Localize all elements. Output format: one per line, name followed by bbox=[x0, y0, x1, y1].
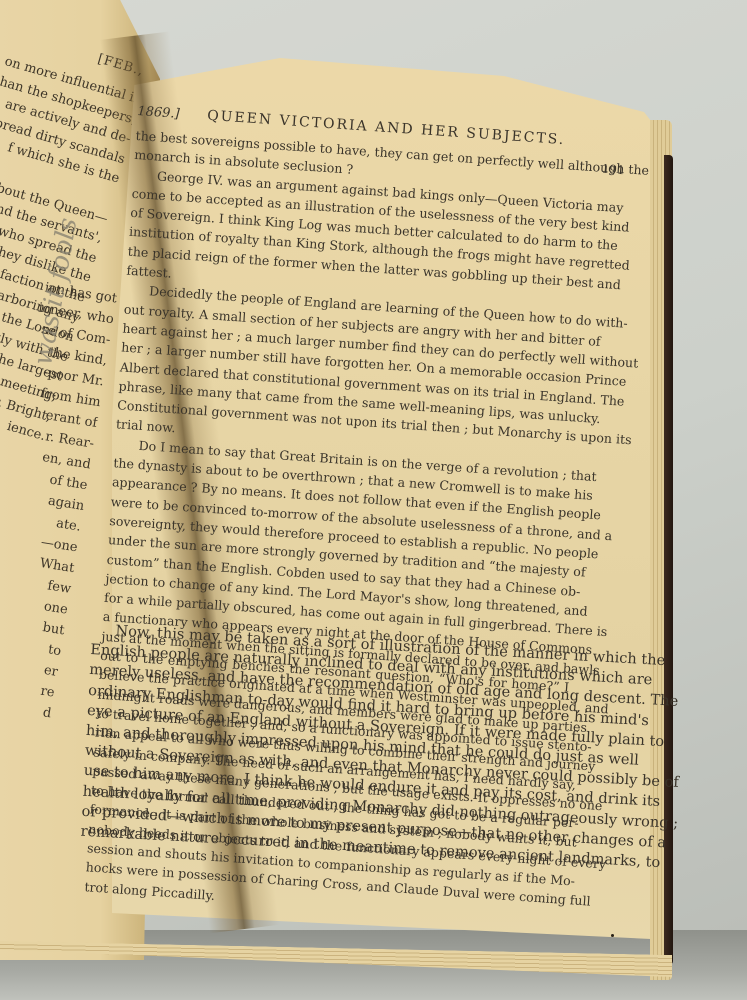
header-year: 1869.] bbox=[137, 102, 181, 124]
right-page-lower-text: Now, this may be taken as a sort of illu… bbox=[80, 620, 616, 870]
page-number: 191 bbox=[601, 160, 625, 181]
final-paragraph: Now, this may be taken as a sort of illu… bbox=[80, 620, 616, 870]
paper-speck bbox=[611, 934, 614, 937]
